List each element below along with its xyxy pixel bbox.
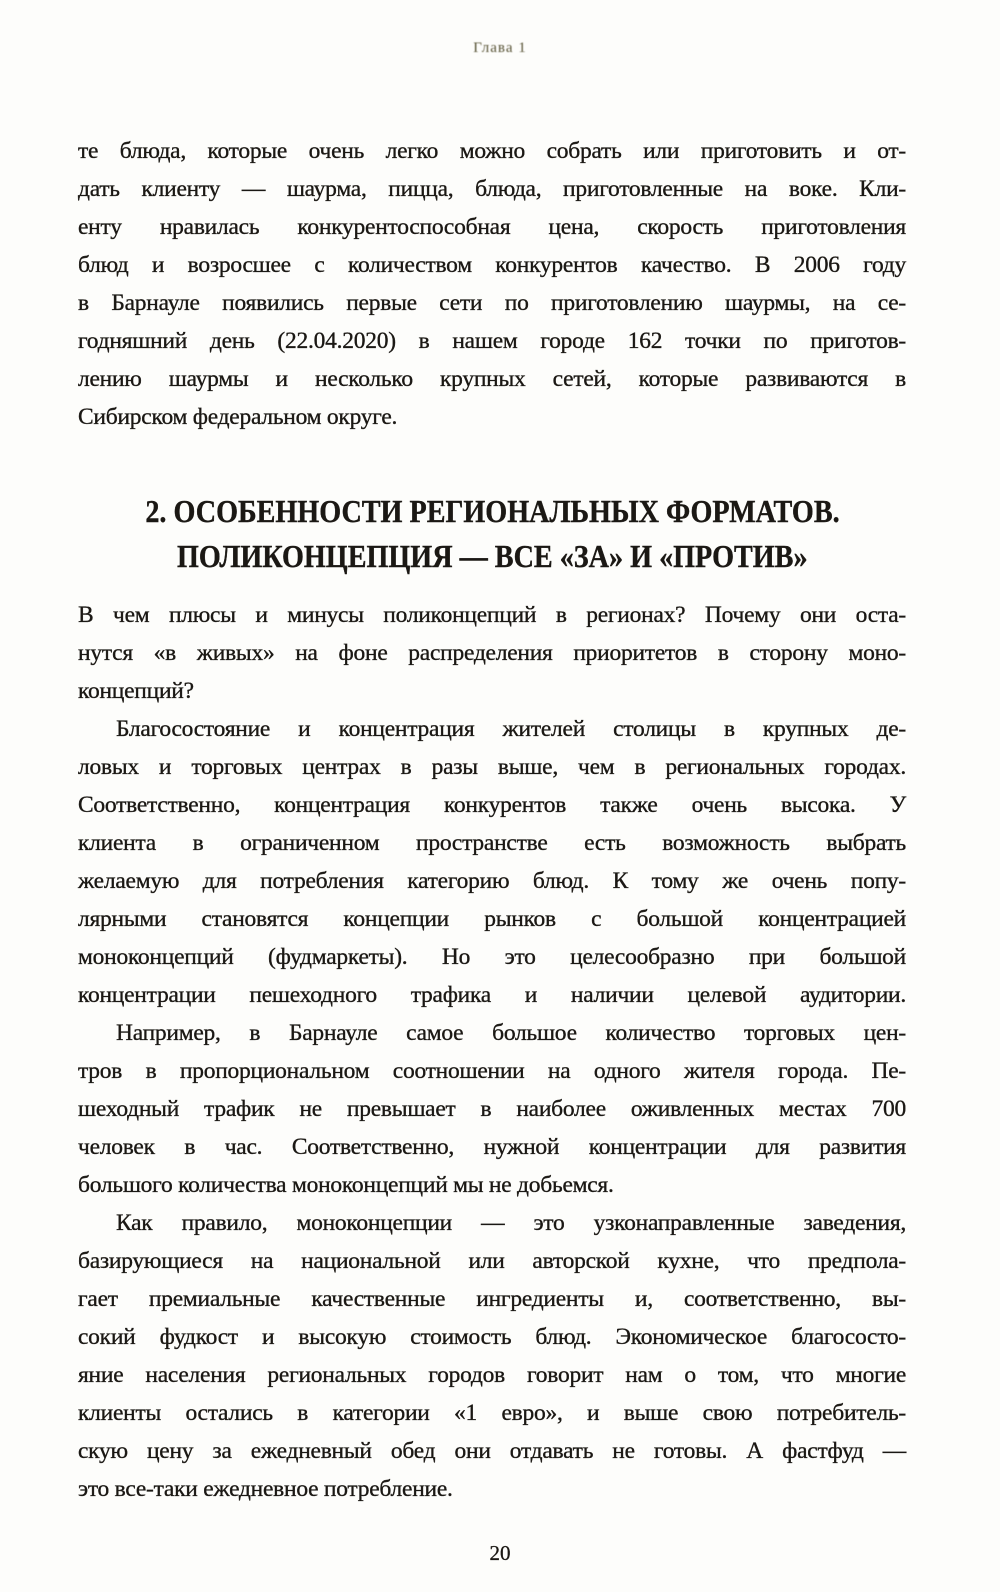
text-line: Например, в Барнауле самое большое колич…	[78, 1014, 906, 1052]
section-heading-line2: ПОЛИКОНЦЕПЦИЯ — ВСЕ «ЗА» И «ПРОТИВ»	[177, 537, 808, 575]
text-line: это все-таки ежедневное потребление.	[78, 1470, 906, 1508]
text-line: концентрации пешеходного трафика и налич…	[78, 976, 906, 1014]
text-line: те блюда, которые очень легко можно собр…	[78, 132, 906, 170]
text-line: енту нравилась конкурентоспособная цена,…	[78, 208, 906, 246]
section-heading-row: 2. ОСОБЕННОСТИ РЕГИОНАЛЬНЫХ ФОРМАТОВ.	[78, 492, 906, 537]
text-line: человек в час. Соответственно, нужной ко…	[78, 1128, 906, 1166]
text-line: гает премиальные качественные ингредиент…	[78, 1280, 906, 1318]
text-line: базирующиеся на национальной или авторск…	[78, 1242, 906, 1280]
text-line: Как правило, моноконцепции — это узконап…	[78, 1204, 906, 1242]
text-line: моноконцепций (фудмаркеты). Но это целес…	[78, 938, 906, 976]
paragraph-body1: Благосостояние и концентрация жителей ст…	[78, 710, 906, 1014]
text-column: те блюда, которые очень легко можно собр…	[78, 132, 906, 1508]
text-line: клиента в ограниченном пространстве есть…	[78, 824, 906, 862]
text-line: ловых и торговых центрах в разы выше, че…	[78, 748, 906, 786]
section-heading-row: ПОЛИКОНЦЕПЦИЯ — ВСЕ «ЗА» И «ПРОТИВ»	[78, 537, 906, 582]
paragraph-body2: Например, в Барнауле самое большое колич…	[78, 1014, 906, 1204]
text-line: лению шаурмы и несколько крупных сетей, …	[78, 360, 906, 398]
text-line: дать клиенту — шаурма, пицца, блюда, при…	[78, 170, 906, 208]
book-page: Глава 1 те блюда, которые очень легко мо…	[0, 0, 1000, 1592]
text-line: скую цену за ежедневный обед они отдават…	[78, 1432, 906, 1470]
text-line: сокий фудкост и высокую стоимость блюд. …	[78, 1318, 906, 1356]
section-heading-line1: 2. ОСОБЕННОСТИ РЕГИОНАЛЬНЫХ ФОРМАТОВ.	[145, 492, 839, 530]
page-number: 20	[0, 1541, 1000, 1566]
text-line: шеходный трафик не превышает в наиболее …	[78, 1090, 906, 1128]
paragraph-body3: Как правило, моноконцепции — это узконап…	[78, 1204, 906, 1508]
paragraph-continued: те блюда, которые очень легко можно собр…	[78, 132, 906, 436]
text-line: блюд и возросшее с количеством конкурент…	[78, 246, 906, 284]
text-line: концепций?	[78, 672, 906, 710]
text-line: годняшний день (22.04.2020) в нашем горо…	[78, 322, 906, 360]
text-line: желаемую для потребления категорию блюд.…	[78, 862, 906, 900]
text-line: В чем плюсы и минусы поликонцепций в рег…	[78, 596, 906, 634]
paragraph-lead: В чем плюсы и минусы поликонцепций в рег…	[78, 596, 906, 710]
running-header: Глава 1	[0, 40, 1000, 57]
text-line: клиенты остались в категории «1 евро», и…	[78, 1394, 906, 1432]
text-line: яние населения региональных городов гово…	[78, 1356, 906, 1394]
text-line: большого количества моноконцепций мы не …	[78, 1166, 906, 1204]
text-line: Благосостояние и концентрация жителей ст…	[78, 710, 906, 748]
text-line: лярными становятся концепции рынков с бо…	[78, 900, 906, 938]
text-line: Сибирском федеральном округе.	[78, 398, 906, 436]
text-line: нутся «в живых» на фоне распределения пр…	[78, 634, 906, 672]
text-line: в Барнауле появились первые сети по приг…	[78, 284, 906, 322]
section-heading: 2. ОСОБЕННОСТИ РЕГИОНАЛЬНЫХ ФОРМАТОВ. ПО…	[78, 492, 906, 582]
text-line: Соответственно, концентрация конкурентов…	[78, 786, 906, 824]
text-line: тров в пропорциональном соотношении на о…	[78, 1052, 906, 1090]
